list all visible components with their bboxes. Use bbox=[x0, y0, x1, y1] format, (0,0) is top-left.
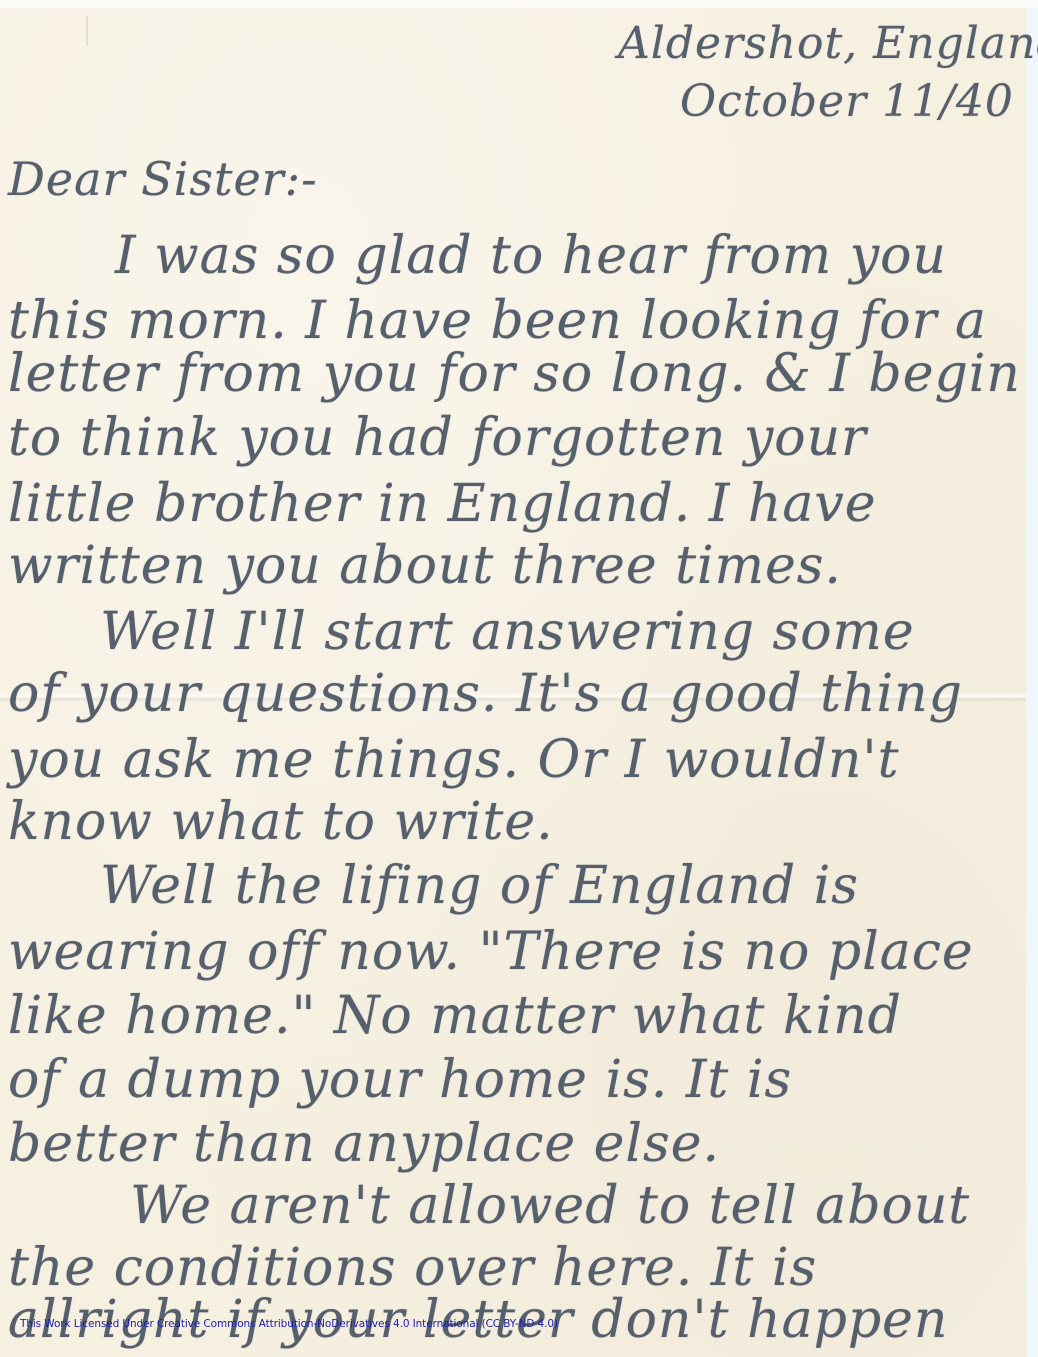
letter-line: of your questions. It's a good thing bbox=[8, 668, 963, 720]
letter-page: Aldershot, England. October 11/40 Dear S… bbox=[0, 8, 1026, 1357]
license-caption: This Work Licensed Under Creative Common… bbox=[20, 1318, 558, 1330]
letter-date: October 11/40 bbox=[680, 80, 1014, 124]
letter-line: better than anyplace else. bbox=[8, 1118, 720, 1170]
letter-line: little brother in England. I have bbox=[8, 478, 877, 530]
letter-line: of a dump your home is. It is bbox=[8, 1054, 792, 1106]
letter-line: you ask me things. Or I wouldn't bbox=[8, 734, 900, 786]
paper-tear-mark bbox=[86, 16, 88, 46]
letter-line: like home." No matter what kind bbox=[8, 990, 902, 1042]
letter-line: this morn. I have been looking for a bbox=[8, 295, 987, 347]
letter-line: the conditions over here. It is bbox=[8, 1242, 817, 1294]
letter-line: know what to write. bbox=[8, 796, 554, 848]
letter-line: wearing off now. "There is no place bbox=[8, 926, 974, 978]
letter-line: I was so glad to hear from you bbox=[115, 230, 947, 282]
scan-top-edge bbox=[0, 0, 1038, 8]
letter-place: Aldershot, England. bbox=[618, 22, 1038, 66]
letter-line: to think you had forgotten your bbox=[8, 412, 867, 464]
letter-line: We aren't allowed to tell about bbox=[130, 1180, 970, 1232]
letter-line: Well the lifing of England is bbox=[100, 860, 859, 912]
letter-line: letter from you for so long. & I begin bbox=[8, 348, 1021, 400]
letter-line: written you about three times. bbox=[8, 540, 842, 592]
salutation: Dear Sister:- bbox=[8, 156, 318, 202]
letter-line: Well I'll start answering some bbox=[100, 606, 915, 658]
